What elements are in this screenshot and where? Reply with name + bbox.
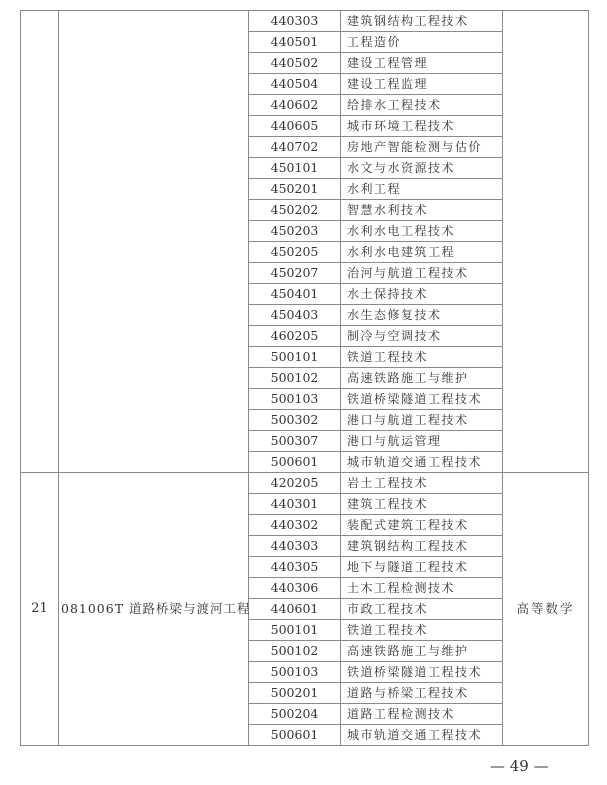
table-row: 440303建筑钢结构工程技术 (21, 11, 589, 32)
vocational-code-cell: 450205 (249, 242, 341, 263)
vocational-name-cell: 铁道桥梁隧道工程技术 (341, 389, 503, 410)
vocational-name-cell: 城市轨道交通工程技术 (341, 725, 503, 746)
vocational-code-cell: 500101 (249, 347, 341, 368)
table-body: 440303建筑钢结构工程技术440501工程造价440502建设工程管理440… (21, 11, 589, 746)
row-number-cell (21, 11, 59, 473)
page-number: — 49 — (490, 757, 549, 775)
undergrad-major-cell: 081006T 道路桥梁与渡河工程 (59, 473, 249, 746)
vocational-name-cell: 建筑钢结构工程技术 (341, 536, 503, 557)
vocational-name-cell: 水土保持技术 (341, 284, 503, 305)
vocational-name-cell: 土木工程检测技术 (341, 578, 503, 599)
vocational-code-cell: 460205 (249, 326, 341, 347)
vocational-code-cell: 450203 (249, 221, 341, 242)
vocational-name-cell: 港口与航道工程技术 (341, 410, 503, 431)
vocational-code-cell: 440306 (249, 578, 341, 599)
vocational-name-cell: 建筑钢结构工程技术 (341, 11, 503, 32)
vocational-name-cell: 道路工程检测技术 (341, 704, 503, 725)
vocational-code-cell: 440605 (249, 116, 341, 137)
vocational-code-cell: 440305 (249, 557, 341, 578)
vocational-name-cell: 城市环境工程技术 (341, 116, 503, 137)
vocational-name-cell: 市政工程技术 (341, 599, 503, 620)
vocational-code-cell: 450207 (249, 263, 341, 284)
vocational-name-cell: 铁道桥梁隧道工程技术 (341, 662, 503, 683)
vocational-name-cell: 建筑工程技术 (341, 494, 503, 515)
vocational-code-cell: 440302 (249, 515, 341, 536)
vocational-code-cell: 440303 (249, 11, 341, 32)
undergrad-major-cell (59, 11, 249, 473)
vocational-code-cell: 450101 (249, 158, 341, 179)
vocational-name-cell: 高速铁路施工与维护 (341, 641, 503, 662)
vocational-code-cell: 500601 (249, 452, 341, 473)
vocational-code-cell: 440303 (249, 536, 341, 557)
vocational-name-cell: 水利水电建筑工程 (341, 242, 503, 263)
vocational-name-cell: 岩土工程技术 (341, 473, 503, 494)
vocational-code-cell: 440602 (249, 95, 341, 116)
vocational-name-cell: 水文与水资源技术 (341, 158, 503, 179)
vocational-code-cell: 500101 (249, 620, 341, 641)
vocational-name-cell: 地下与隧道工程技术 (341, 557, 503, 578)
vocational-name-cell: 水生态修复技术 (341, 305, 503, 326)
vocational-name-cell: 水利工程 (341, 179, 503, 200)
vocational-code-cell: 500204 (249, 704, 341, 725)
vocational-code-cell: 450201 (249, 179, 341, 200)
vocational-code-cell: 420205 (249, 473, 341, 494)
vocational-name-cell: 建设工程监理 (341, 74, 503, 95)
vocational-code-cell: 450202 (249, 200, 341, 221)
vocational-code-cell: 500103 (249, 662, 341, 683)
vocational-name-cell: 给排水工程技术 (341, 95, 503, 116)
vocational-name-cell: 港口与航运管理 (341, 431, 503, 452)
vocational-name-cell: 水利水电工程技术 (341, 221, 503, 242)
vocational-code-cell: 440502 (249, 53, 341, 74)
vocational-code-cell: 500201 (249, 683, 341, 704)
vocational-name-cell: 房地产智能检测与估价 (341, 137, 503, 158)
exam-subject-cell: 高等数学 (503, 473, 589, 746)
vocational-code-cell: 500601 (249, 725, 341, 746)
vocational-name-cell: 智慧水利技术 (341, 200, 503, 221)
vocational-name-cell: 治河与航道工程技术 (341, 263, 503, 284)
vocational-code-cell: 450403 (249, 305, 341, 326)
vocational-code-cell: 440702 (249, 137, 341, 158)
vocational-name-cell: 装配式建筑工程技术 (341, 515, 503, 536)
table-row: 21081006T 道路桥梁与渡河工程420205岩土工程技术高等数学 (21, 473, 589, 494)
vocational-name-cell: 铁道工程技术 (341, 347, 503, 368)
vocational-name-cell: 铁道工程技术 (341, 620, 503, 641)
vocational-code-cell: 500103 (249, 389, 341, 410)
major-mapping-table: 440303建筑钢结构工程技术440501工程造价440502建设工程管理440… (20, 10, 589, 746)
vocational-code-cell: 500302 (249, 410, 341, 431)
vocational-code-cell: 440301 (249, 494, 341, 515)
vocational-name-cell: 工程造价 (341, 32, 503, 53)
vocational-code-cell: 450401 (249, 284, 341, 305)
vocational-name-cell: 高速铁路施工与维护 (341, 368, 503, 389)
vocational-code-cell: 500307 (249, 431, 341, 452)
vocational-name-cell: 建设工程管理 (341, 53, 503, 74)
vocational-name-cell: 道路与桥梁工程技术 (341, 683, 503, 704)
vocational-code-cell: 500102 (249, 368, 341, 389)
vocational-code-cell: 500102 (249, 641, 341, 662)
vocational-code-cell: 440504 (249, 74, 341, 95)
row-number-cell: 21 (21, 473, 59, 746)
vocational-name-cell: 制冷与空调技术 (341, 326, 503, 347)
exam-subject-cell (503, 11, 589, 473)
vocational-code-cell: 440501 (249, 32, 341, 53)
vocational-name-cell: 城市轨道交通工程技术 (341, 452, 503, 473)
vocational-code-cell: 440601 (249, 599, 341, 620)
